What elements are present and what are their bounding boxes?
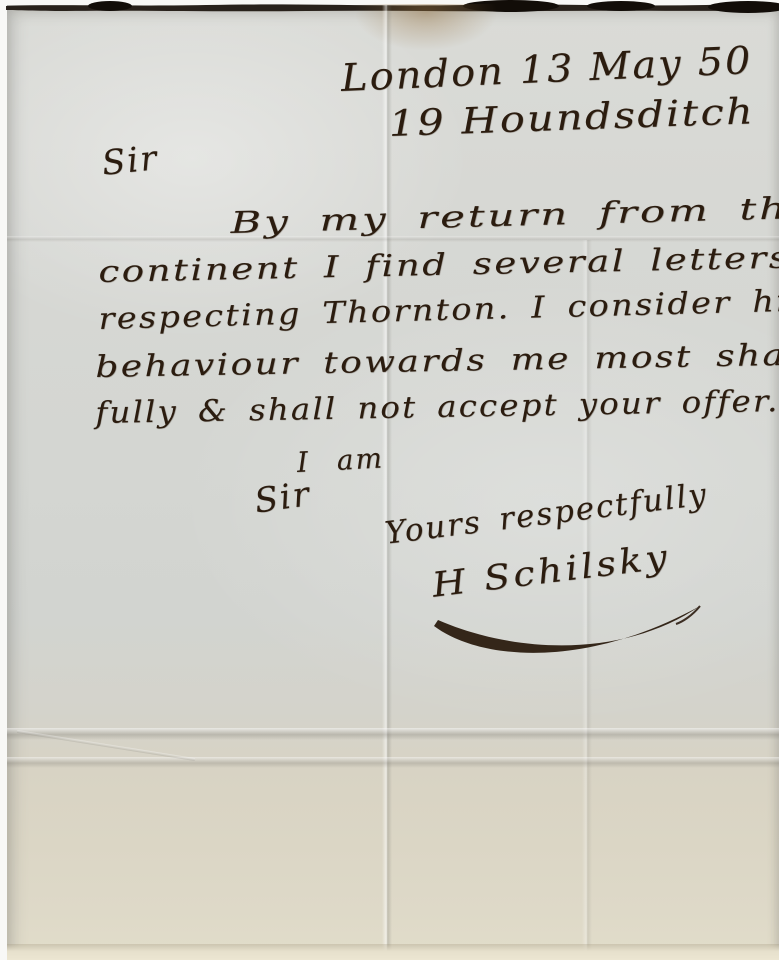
closing-intro: I am <box>296 441 385 479</box>
closing-addressee: Sir <box>252 474 313 521</box>
salutation: Sir <box>100 138 160 184</box>
paper-bottom-edge <box>7 944 779 960</box>
fold-crease-horizontal-mid <box>7 728 779 740</box>
fold-crease-horizontal-upper <box>7 236 779 242</box>
signature-flourish <box>424 598 712 672</box>
paper-stain <box>356 4 496 50</box>
fold-crease-vertical-center <box>382 5 392 960</box>
scanned-letter: London 13 May 50 19 Houndsditch Sir By m… <box>0 0 779 960</box>
fold-crease-horizontal-lower <box>7 757 779 768</box>
